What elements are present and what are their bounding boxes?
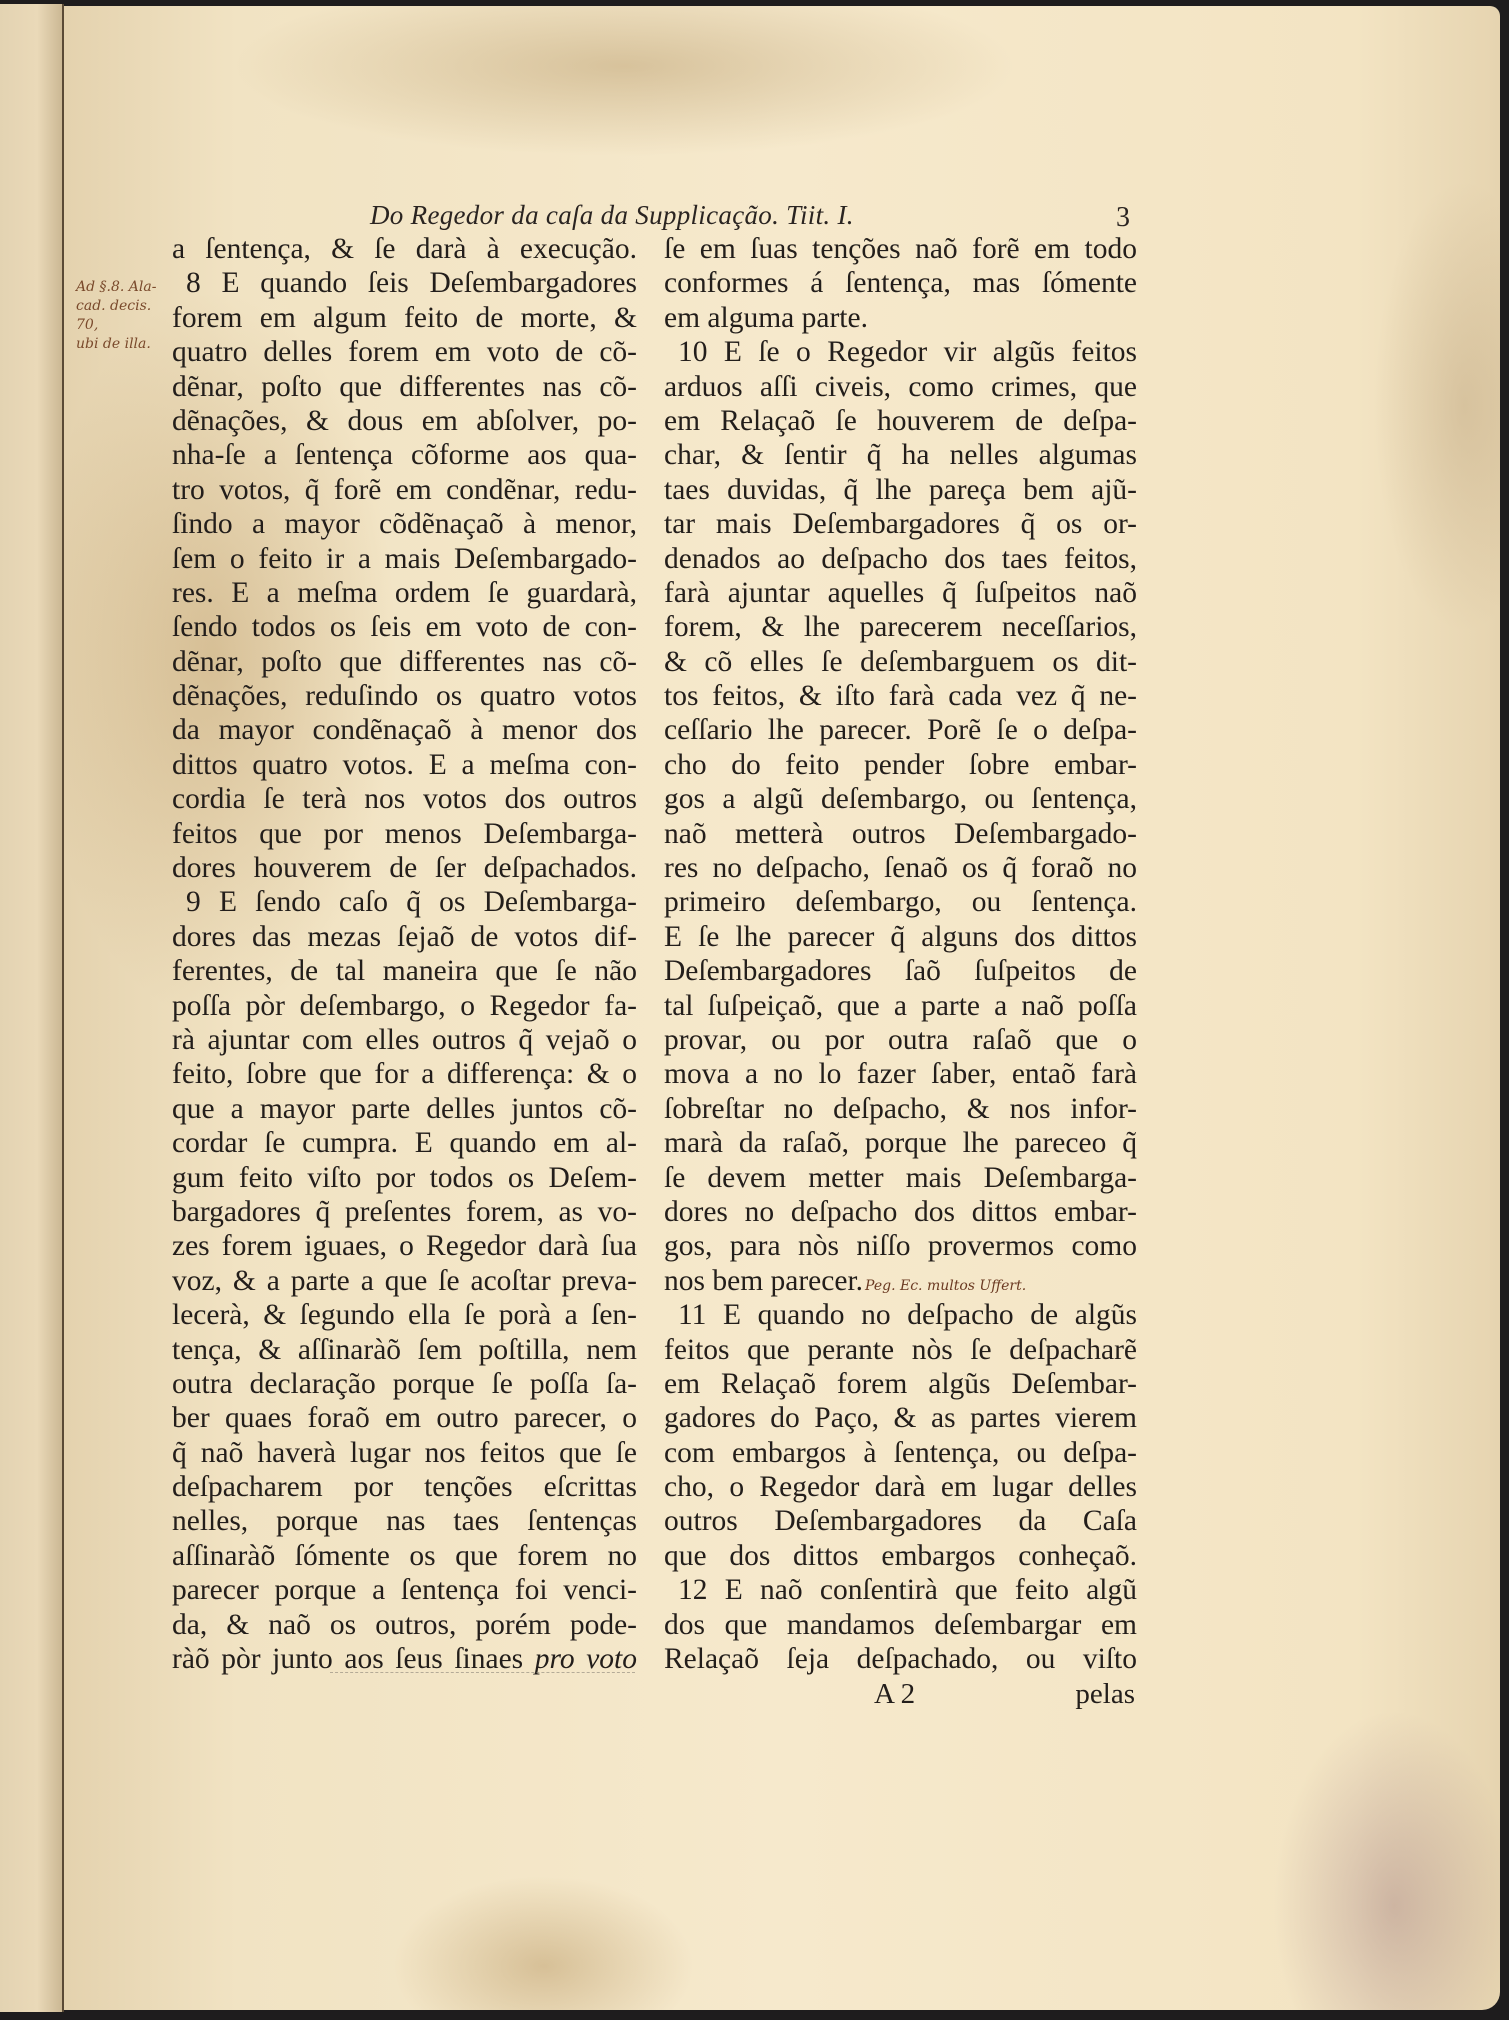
text-line: dos que mandamos deſembargar em [664,1608,1137,1642]
text-line: dẽnações, & dous em abſolver, po- [172,404,637,438]
text-line: res. E a meſma ordem ſe guardarà, [172,576,637,610]
text-line: gadores do Paço, & as partes vierem [664,1401,1137,1435]
text-line: quatro delles forem em voto de cõ- [172,335,637,369]
paragraph-11-start: 11 E quando no deſpacho de algũs [664,1298,1137,1332]
text-line: ràõ pòr junto aos ſeus ſinaes [172,1643,523,1675]
text-line: cordar ſe cumpra. E quando em al- [172,1126,637,1160]
column-end-rule [330,1672,635,1673]
text-line: dẽnar, poſto que differentes nas cõ- [172,370,637,404]
text-line: poſſa pòr deſembargo, o Regedor fa- [172,989,637,1023]
text-line: Deſembargadores ſaõ ſuſpeitos de [664,954,1137,988]
text-line: dores das mezas ſejaõ de votos dif- [172,920,637,954]
text-line: cho, o Regedor darà em lugar delles [664,1470,1137,1504]
text-line: forem, & lhe parecerem neceſſarios, [664,610,1137,644]
text-line: zes forem iguaes, o Regedor darà ſua [172,1229,637,1263]
text-line: em Relaçaõ ſe houverem de deſpa- [664,404,1137,438]
text-line: deſpacharem por tenções eſcrittas [172,1470,637,1504]
text-line: conformes á ſentença, mas ſómente [664,266,1137,300]
text-line: Relaçaõ ſeja deſpachado, ou viſto [664,1642,1137,1676]
text-line: da mayor condẽnaçaõ à menor dos [172,713,637,747]
paragraph-9-start: 9 E ſendo caſo q̃ os Deſembarga- [172,885,637,919]
paragraph-8-start: 8 E quando ſeis Deſembargadores [172,266,637,300]
text-line: rà ajuntar com elles outros q̃ vejaõ o [172,1023,637,1057]
text-line-with-annotation: nos bem parecer.Peg. Ec. multos Uffert. [664,1264,1137,1298]
text-line: feitos que perante nòs ſe deſpacharẽ [664,1333,1137,1367]
marginal-note-line: cad. decis. 70, [76,297,176,335]
text-line: a ſentença, & ſe darà à execução. [172,232,637,266]
text-line: em alguma parte. [664,301,1137,335]
text-line: tar mais Deſembargadores q̃ os or- [664,507,1137,541]
text-line: nha-ſe a ſentença cõforme aos qua- [172,438,637,472]
text-line: dittos quatro votos. E a meſma con- [172,748,637,782]
marginal-note-line: Ad §.8. Ala- [76,278,176,297]
text-line: que a mayor parte delles juntos cõ- [172,1092,637,1126]
text-line: tos feitos, & iſto farà cada vez q̃ ne- [664,679,1137,713]
text-line: cordia ſe terà nos votos dos outros [172,782,637,816]
text-line: ſobreſtar no deſpacho, & nos infor- [664,1092,1137,1126]
left-text-column: a ſentença, & ſe darà à execução. 8 E qu… [172,232,637,1676]
page-footer: A 2 pelas [664,1678,1137,1714]
text-line: aſſinaràõ ſómente os que forem no [172,1539,637,1573]
text-line: ſe em ſuas tenções naõ forẽ em todo [664,232,1137,266]
text-line: tro votos, q̃ forẽ em condẽnar, redu- [172,473,637,507]
text-line: cho do feito pender ſobre embar- [664,748,1137,782]
text-line: ſe devem metter mais Deſembarga- [664,1161,1137,1195]
text-line: dẽnar, poſto que differentes nas cõ- [172,645,637,679]
paragraph-12-start: 12 E naõ conſentirà que feito algũ [664,1573,1137,1607]
text-line: arduos aſſi civeis, como crimes, que [664,370,1137,404]
running-head-title: Do Regedor da caſa da Supplicação. Tiit.… [370,200,854,231]
text-line: provar, ou por outra raſaõ que o [664,1023,1137,1057]
handwritten-annotation: Peg. Ec. multos Uffert. [865,1278,1026,1294]
text-line: forem em algum feito de morte, & [172,301,637,335]
text-line: ſem o feito ir a mais Deſembargado- [172,542,637,576]
text-line: lecerà, & ſegundo ella ſe porà a ſen- [172,1298,637,1332]
text-line: naõ metterà outros Deſembargado- [664,817,1137,851]
text-line: E ſe lhe parecer q̃ alguns dos dittos [664,920,1137,954]
text-line: dores no deſpacho dos dittos embar- [664,1195,1137,1229]
catchword: pelas [1075,1678,1135,1711]
text-line: mova a no lo fazer ſaber, entaõ farà [664,1057,1137,1091]
text-line: da, & naõ os outros, porém pode- [172,1608,637,1642]
text-line: char, & ſentir q̃ ha nelles algumas [664,438,1137,472]
text-line: bargadores q̃ preſentes forem, as vo- [172,1195,637,1229]
text-line: ceſſario lhe parecer. Porẽ ſe o deſpa- [664,713,1137,747]
right-text-column: ſe em ſuas tenções naõ forẽ em todo conf… [664,232,1137,1676]
text-line: que dos dittos embargos conheçaõ. [664,1539,1137,1573]
italic-phrase: pro voto [535,1643,637,1675]
text-line: voz, & a parte a que ſe acoſtar preva- [172,1264,637,1298]
text-line: tença, & aſſinaràõ ſem poſtilla, nem [172,1333,637,1367]
text-line: tal ſuſpeiçaõ, que a parte a naõ poſſa [664,989,1137,1023]
text-line: ferentes, de tal maneira que ſe não [172,954,637,988]
text-line: taes duvidas, q̃ lhe pareça bem ajũ- [664,473,1137,507]
text-line: dẽnações, reduſindo os quatro votos [172,679,637,713]
marginal-note-line: ubi de illa. [76,335,176,354]
text-line: outros Deſembargadores da Caſa [664,1504,1137,1538]
handwritten-marginal-note: Ad §.8. Ala- cad. decis. 70, ubi de illa… [76,278,176,354]
page-number: 3 [1116,202,1130,234]
text-line: res no deſpacho, ſenaõ os q̃ foraõ no [664,851,1137,885]
text-line: feito, ſobre que for a differença: & o [172,1057,637,1091]
previous-page-edge [0,4,64,2012]
text-line: nos bem parecer. [664,1265,863,1297]
text-line: gos a algũ deſembargo, ou ſentença, [664,782,1137,816]
text-line: ſindo a mayor cõdẽnaçaõ à menor, [172,507,637,541]
text-line: q̃ naõ haverà lugar nos feitos que ſe [172,1436,637,1470]
signature-mark: A 2 [874,1678,915,1711]
text-line: outra declaração porque ſe poſſa ſa- [172,1367,637,1401]
text-line: dores houverem de ſer deſpachados. [172,851,637,885]
text-line: nelles, porque nas taes ſentenças [172,1504,637,1538]
text-line: farà ajuntar aquelles q̃ ſuſpeitos naõ [664,576,1137,610]
text-line: primeiro deſembargo, ou ſentença. [664,885,1137,919]
text-line: gos, para nòs niſſo provermos como [664,1229,1137,1263]
paragraph-10-start: 10 E ſe o Regedor vir algũs feitos [664,335,1137,369]
text-line: & cõ elles ſe deſembarguem os dit- [664,645,1137,679]
text-line: denados ao deſpacho dos taes feitos, [664,542,1137,576]
text-line: com embargos à ſentença, ou deſpa- [664,1436,1137,1470]
text-line: ber quaes foraõ em outro parecer, o [172,1401,637,1435]
text-line: feitos que por menos Deſembarga- [172,817,637,851]
text-line: marà da raſaõ, porque lhe pareceo q̃ [664,1126,1137,1160]
text-line: gum feito viſto por todos os Deſem- [172,1161,637,1195]
text-line: parecer porque a ſentença foi venci- [172,1573,637,1607]
text-line: ſendo todos os ſeis em voto de con- [172,610,637,644]
text-line: em Relaçaõ forem algũs Deſembar- [664,1367,1137,1401]
